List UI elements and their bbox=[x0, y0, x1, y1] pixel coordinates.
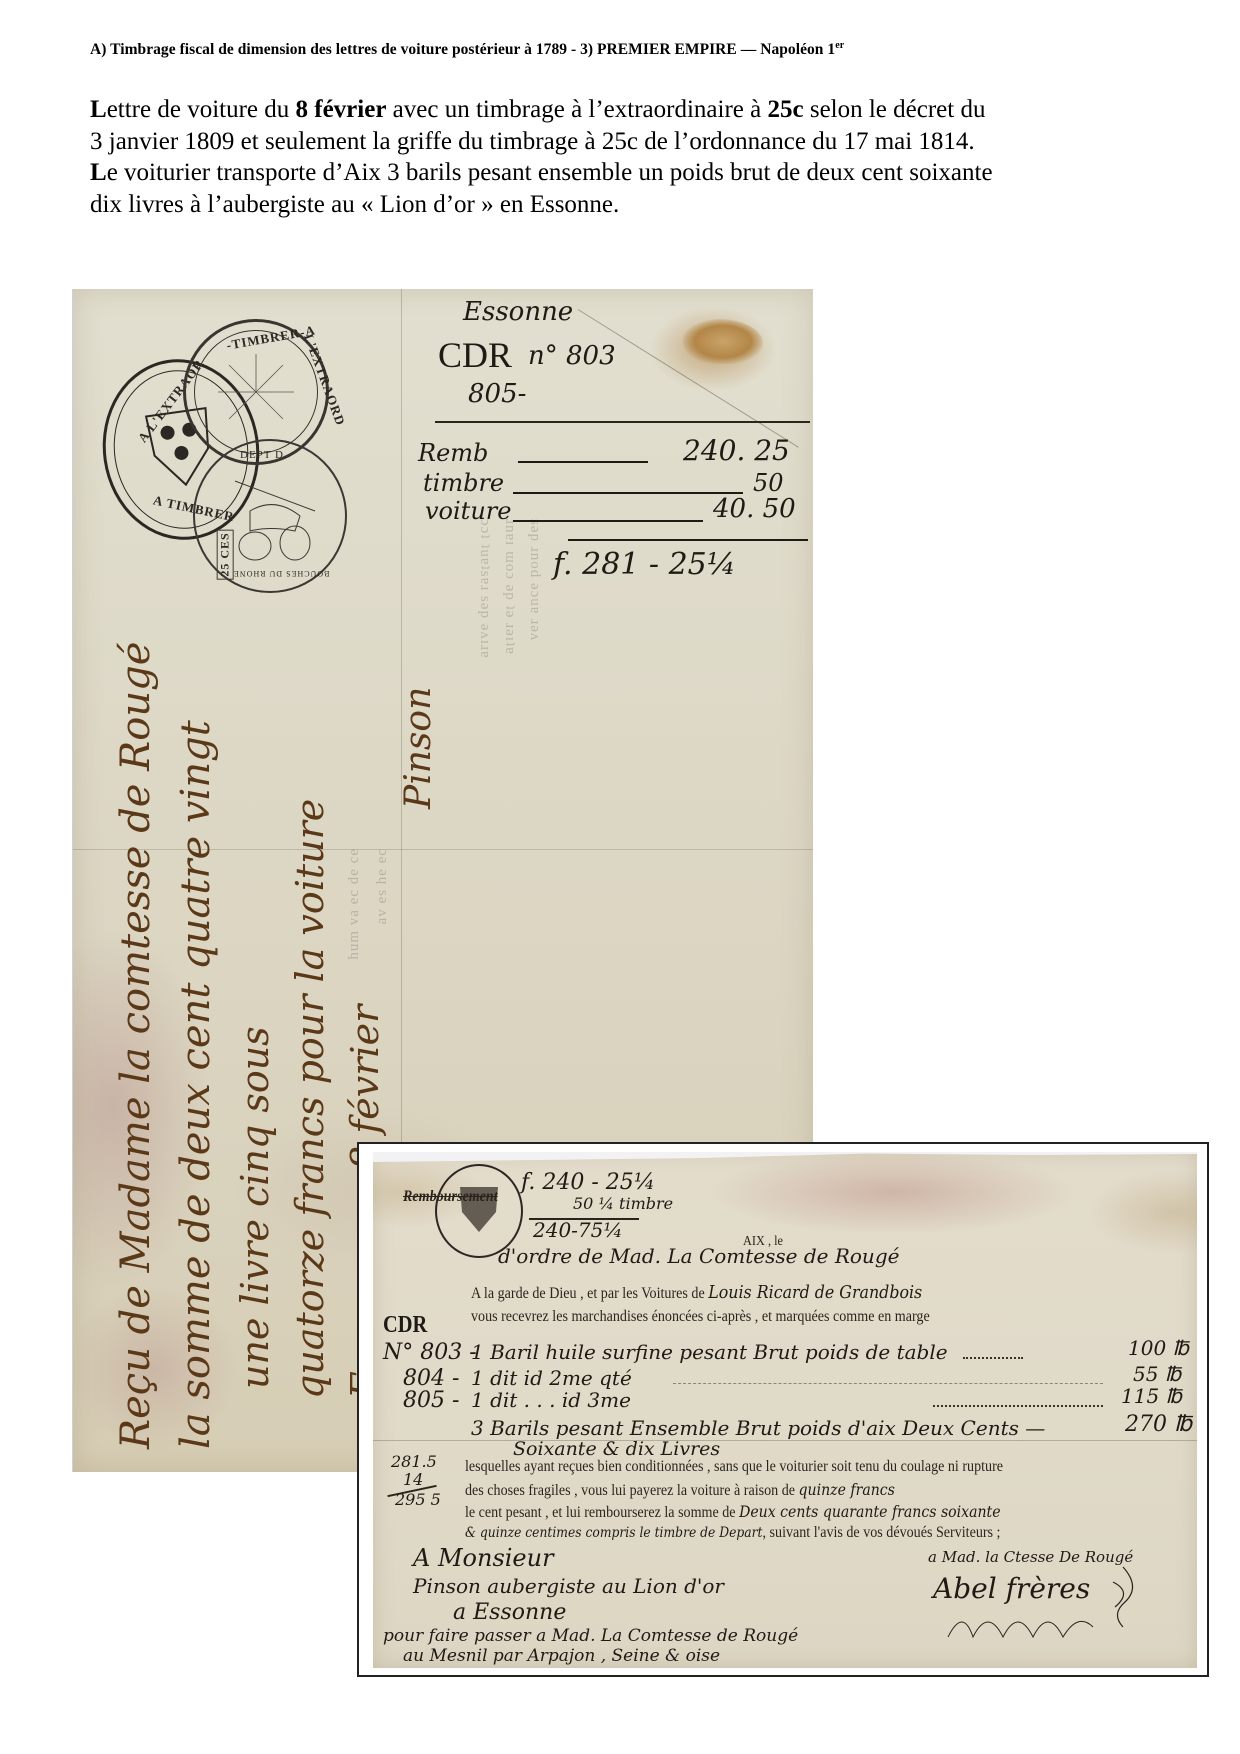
order-line: d'ordre de Mad. La Comtesse de Rougé bbox=[498, 1244, 899, 1268]
printed-line-6: & quinze centimes compris le timbre de D… bbox=[465, 1524, 1000, 1542]
intro-text: selon le décret du bbox=[804, 96, 986, 123]
item-desc: 1 dit . . . id 3me bbox=[471, 1388, 631, 1412]
signature-loops-icon bbox=[943, 1607, 1103, 1647]
receipt-line: la somme de deux cent quatre vingt bbox=[173, 720, 219, 1449]
item-weight: 100 ℔ bbox=[1128, 1336, 1189, 1360]
sender-signature: Abel frères bbox=[933, 1572, 1090, 1605]
dropcap-l: L bbox=[90, 159, 107, 186]
printed-text: des choses fragiles , vous lui payerez l… bbox=[465, 1482, 795, 1499]
calc-line-2: 14 bbox=[403, 1470, 423, 1489]
dot-leader bbox=[933, 1405, 1103, 1407]
receipt-line: Reçu de Madame la comtesse de Rougé bbox=[113, 642, 159, 1449]
receipt-line: une livre cinq sous bbox=[233, 1026, 277, 1389]
sum-handwritten-cont: & quinze centimes compris le timbre de D… bbox=[465, 1525, 763, 1541]
printed-text: le cent pesant , et lui rembourserez la … bbox=[465, 1504, 736, 1521]
dropcap-l: L bbox=[90, 96, 107, 123]
intro-line-2: 3 janvier 1809 et seulement la griffe du… bbox=[90, 126, 1190, 158]
addressee-line: pour faire passer a Mad. La Comtesse de … bbox=[383, 1626, 798, 1646]
intro-text: avec un timbrage à l’extraordinaire à bbox=[386, 96, 767, 123]
remboursement-label: Remboursement bbox=[403, 1188, 498, 1206]
inset-cdr-mark: CDR bbox=[383, 1312, 427, 1339]
item-no: N° 803 - bbox=[383, 1340, 477, 1365]
amount-line-1: f. 240 - 25¼ bbox=[521, 1170, 655, 1195]
header-superscript: er bbox=[835, 40, 844, 51]
amount-line-2: 50 ¼ timbre bbox=[573, 1194, 673, 1213]
calc-total: 295 5 bbox=[395, 1490, 441, 1509]
item-weight: 115 ℔ bbox=[1121, 1384, 1182, 1408]
summary-line: 3 Barils pesant Ensemble Brut poids d'ai… bbox=[471, 1416, 1045, 1440]
intro-text: e voiturier transporte d’Aix 3 barils pe… bbox=[107, 159, 993, 186]
item-desc: 1 dit id 2me qté bbox=[471, 1366, 632, 1390]
printed-line-4: des choses fragiles , vous lui payerez l… bbox=[465, 1480, 895, 1500]
intro-line-4: dix livres à l’aubergiste au « Lion d’or… bbox=[90, 189, 1190, 221]
calc-line-1: 281.5 bbox=[391, 1452, 437, 1471]
item-no: 805 - bbox=[403, 1388, 459, 1413]
printed-text: , suivant l'avis de vos dévoués Serviteu… bbox=[763, 1524, 1001, 1541]
printed-line-1: A la garde de Dieu , et par les Voitures… bbox=[471, 1282, 922, 1303]
intro-paragraph: Lettre de voiture du 8 février avec un t… bbox=[90, 94, 1190, 220]
amount-total: 240-75¼ bbox=[533, 1218, 623, 1242]
dot-leader bbox=[673, 1383, 1103, 1384]
header-title: A) Timbrage fiscal de dimension des lett… bbox=[90, 41, 835, 58]
receipt-line: quatorze francs pour la voiture bbox=[288, 799, 332, 1399]
date-bold: 8 février bbox=[296, 96, 387, 123]
printed-line-5: le cent pesant , et lui rembourserez la … bbox=[465, 1502, 1001, 1522]
addressee-line: A Monsieur bbox=[413, 1544, 554, 1572]
item-desc: 1 Baril huile surfine pesant Brut poids … bbox=[471, 1340, 948, 1364]
intro-line-3: Le voiturier transporte d’Aix 3 barils p… bbox=[90, 157, 1190, 189]
sum-handwritten: Deux cents quarante francs soixante bbox=[739, 1502, 1000, 1521]
lettre-de-voiture-inside-scan: Remboursement f. 240 - 25¼ 50 ¼ timbre 2… bbox=[373, 1152, 1197, 1668]
inset-frame: Remboursement f. 240 - 25¼ 50 ¼ timbre 2… bbox=[357, 1142, 1209, 1677]
paraphe-flourish-icon bbox=[1103, 1562, 1143, 1632]
printed-text: A la garde de Dieu , et par les Voitures… bbox=[471, 1285, 705, 1302]
rate-handwritten: quinze francs bbox=[799, 1480, 895, 1499]
receipt-signature-pinson: Pinson bbox=[398, 687, 439, 809]
addressee-line: Pinson aubergiste au Lion d'or bbox=[413, 1574, 724, 1598]
summary-weight: 270 ℔ bbox=[1125, 1412, 1192, 1437]
price-bold: 25c bbox=[767, 96, 803, 123]
intro-text: ettre de voiture du bbox=[107, 96, 296, 123]
addressee-line: au Mesnil par Arpajon , Seine & oise bbox=[403, 1646, 720, 1666]
printed-line-2: vous recevrez les marchandises énoncées … bbox=[471, 1308, 930, 1326]
page-header: A) Timbrage fiscal de dimension des lett… bbox=[90, 40, 1210, 59]
addressee-line: a Essonne bbox=[453, 1600, 566, 1625]
printed-line-3: lesquelles ayant reçues bien conditionné… bbox=[465, 1458, 1003, 1476]
intro-line-1: Lettre de voiture du 8 février avec un t… bbox=[90, 94, 1190, 126]
fold-line bbox=[373, 1440, 1197, 1441]
dot-leader bbox=[963, 1357, 1023, 1359]
torn-edge bbox=[373, 1152, 1197, 1162]
carrier-name: Louis Ricard de Grandbois bbox=[708, 1282, 922, 1303]
summary-line-2: Soixante & dix Livres bbox=[513, 1438, 720, 1460]
item-weight: 55 ℔ bbox=[1133, 1362, 1181, 1386]
